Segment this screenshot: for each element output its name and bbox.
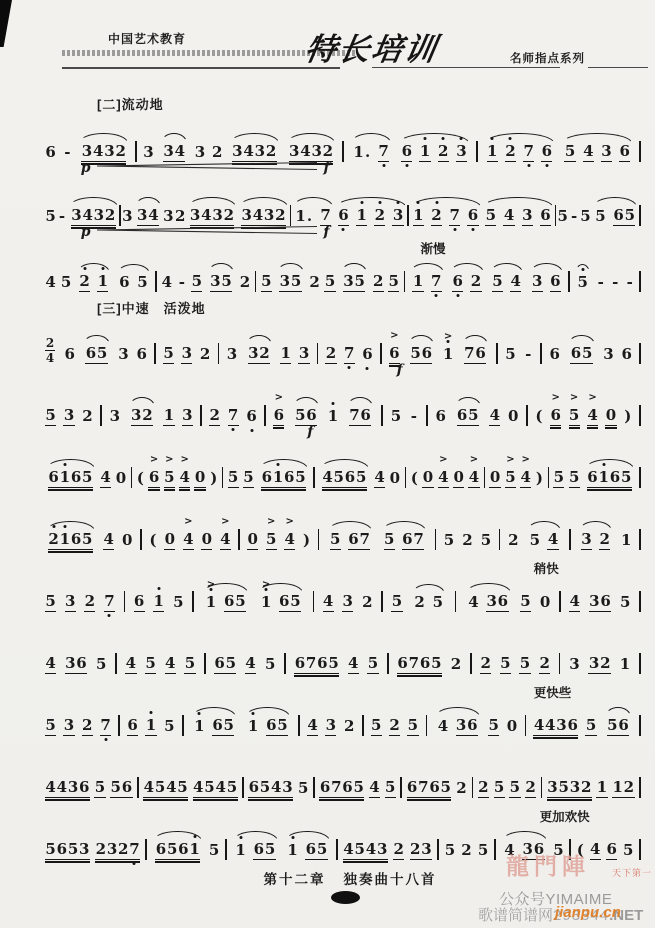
note-char: 1 — [599, 468, 609, 486]
note-char: 5 — [620, 593, 630, 611]
note-token: 4436 — [45, 778, 90, 798]
barline — [426, 405, 428, 426]
music-score: [二]流动地6-343233432343234321.7612312765436… — [45, 88, 641, 860]
note-char: 1 — [621, 531, 631, 549]
note-char: 5 — [221, 272, 231, 290]
note-char: 0 — [453, 468, 463, 486]
note-char: 5 — [334, 468, 344, 486]
barline — [568, 271, 570, 292]
note-token: 2 — [200, 345, 211, 364]
note-token: 2 — [539, 654, 550, 674]
slur-group: 32 — [128, 406, 156, 426]
note-char: 5 — [224, 716, 234, 734]
music-line-block: 渐慢4521654-5352535253525176254365--- — [45, 256, 641, 292]
note-char: 4 — [438, 717, 448, 735]
note-token: 3 — [63, 716, 74, 736]
note-char: 4 — [82, 206, 92, 224]
note-char: 7 — [100, 716, 110, 734]
note-char: 6 — [362, 345, 372, 363]
watermark-overlap: 293344jianpu.cn — [553, 907, 609, 924]
note-token: 67 — [402, 530, 424, 550]
barline — [284, 653, 286, 674]
note-char: 3 — [556, 716, 566, 734]
note-char: 3 — [71, 206, 81, 224]
note-char: 5 — [554, 468, 564, 486]
note-token: 6 — [467, 206, 478, 226]
note-token: ( — [136, 469, 144, 488]
note-char: 3 — [131, 406, 141, 424]
note-token: 2 — [505, 142, 516, 162]
note-char: 6 — [262, 468, 272, 486]
slur-group: 6165 — [45, 468, 96, 488]
note-token: 65 — [570, 344, 592, 364]
note-char: 6 — [178, 840, 188, 858]
note-token: 7 — [344, 344, 355, 364]
note-char: 0 — [390, 469, 400, 487]
accent-mark: > — [181, 455, 189, 465]
note-char: 3 — [163, 142, 173, 160]
note-char: 4 — [469, 468, 479, 486]
note-char: 5 — [478, 841, 488, 859]
note-token: 2 — [456, 779, 467, 798]
note-token: 2 — [84, 592, 95, 612]
note-char: 2 — [431, 206, 441, 224]
note-char: 5 — [530, 531, 540, 549]
note-char: 6 — [266, 716, 276, 734]
slur-group: 165 — [232, 840, 279, 860]
note-token: ( — [535, 407, 543, 426]
note-char: 5 — [145, 654, 155, 672]
note-token: 3 — [603, 345, 614, 364]
slur-group: 54 — [526, 530, 561, 550]
music-line-block: 稍快5327615>165>165432525436504365 — [45, 576, 641, 612]
note-char: 5 — [580, 207, 590, 225]
note-token: 5 — [367, 654, 378, 674]
note-char: 1 — [597, 778, 607, 796]
slur-group: 21 — [76, 272, 111, 292]
note-token: 5 — [477, 841, 488, 860]
note-char: 0 — [122, 531, 132, 549]
barline — [155, 271, 157, 292]
note-char: 3 — [65, 592, 75, 610]
note-char: 3 — [289, 142, 299, 160]
accent-mark: > — [184, 517, 192, 527]
note-char: 4 — [215, 778, 225, 796]
note-char: 1 — [413, 272, 423, 290]
note-char: 6 — [224, 592, 234, 610]
barline — [225, 839, 227, 860]
note-char: 4 — [104, 530, 114, 548]
note-token: 7 — [100, 716, 111, 736]
duration-dash: - — [569, 207, 579, 226]
note-token: 1 — [145, 716, 156, 736]
note-token: 5 — [492, 272, 503, 292]
note-char: 7 — [306, 654, 316, 672]
note-token: 4 — [348, 654, 359, 674]
note-char: 6 — [320, 778, 330, 796]
note-char: 5 — [226, 654, 236, 672]
watermark-orange-domain: jianpu.cn — [555, 904, 621, 921]
duration-dash: - — [57, 207, 67, 226]
duration-dash: - — [409, 407, 419, 426]
note-token: 5 — [443, 531, 454, 550]
accent-mark: > — [275, 393, 283, 403]
note-char: 5 — [228, 468, 238, 486]
note-token: 32 — [248, 344, 270, 364]
note-char: 4 — [570, 592, 580, 610]
note-token: 5 — [485, 206, 496, 226]
note-token: 1 — [619, 655, 630, 674]
note-token: 3432 — [190, 206, 235, 226]
note-char: 6 — [306, 840, 316, 858]
barline — [381, 405, 383, 426]
note-token: 2 — [79, 272, 90, 292]
note-char: 2 — [581, 778, 591, 796]
note-char: 3 — [122, 207, 132, 225]
note-char: 2 — [599, 530, 609, 548]
barline — [405, 467, 407, 488]
note-token: 5 — [184, 654, 195, 674]
barline — [559, 653, 561, 674]
note-char: 5 — [625, 206, 635, 224]
note-char: 6 — [587, 468, 597, 486]
note-char: 3 — [280, 272, 290, 290]
barline — [639, 205, 641, 226]
note-char: 5 — [505, 468, 515, 486]
note-char: 1 — [194, 717, 204, 735]
duration-dash: - — [62, 143, 72, 162]
note-token: 7 — [228, 406, 239, 426]
note-char: 6 — [149, 468, 159, 486]
note-char: 6 — [122, 778, 132, 796]
note-token: 5 — [330, 530, 341, 550]
barline — [118, 715, 120, 736]
note-char: 6 — [435, 407, 445, 425]
note-char: 6 — [613, 206, 623, 224]
note-char: 5 — [163, 344, 173, 362]
note-token: 6165 — [587, 468, 632, 488]
note-char: 4 — [162, 273, 172, 291]
note-char: 3 — [421, 840, 431, 858]
slur-group: 54 — [489, 272, 524, 292]
note-char: 1 — [443, 345, 453, 363]
note-char: 6 — [136, 345, 146, 363]
note-char: 1 — [98, 272, 108, 290]
note-char: 5 — [468, 406, 478, 424]
note-char: 7 — [228, 406, 238, 424]
note-char: 2 — [393, 840, 403, 858]
note-char: 2 — [462, 531, 472, 549]
note-token: >1 — [260, 593, 271, 612]
note-token: >4 — [183, 530, 194, 550]
series-subtitle: 名师指点系列 — [510, 50, 585, 66]
note-char: 7 — [431, 272, 441, 290]
note-token: ) — [624, 407, 632, 426]
note-char: 6 — [156, 840, 166, 858]
note-char: 4 — [348, 654, 358, 672]
note-char: 2 — [212, 143, 222, 161]
note-char: . — [307, 207, 313, 225]
note-token: 2 — [374, 206, 385, 226]
note-char: 4 — [220, 530, 230, 548]
note-char: . — [365, 143, 371, 161]
slur-group: 65 — [454, 406, 482, 426]
slur-group: 4565 — [319, 468, 370, 488]
note-token: 5 — [623, 841, 634, 860]
note-char: 7 — [523, 142, 533, 160]
note-token: 6 — [338, 206, 349, 226]
accent-mark: > — [470, 455, 478, 465]
barline — [264, 405, 266, 426]
note-char: ( — [149, 531, 156, 549]
slur-group: 35 — [207, 272, 235, 292]
note-char: 5 — [185, 654, 195, 672]
music-line: 6-343233432343234321.7612312765436 — [45, 141, 641, 162]
note-char: 3 — [326, 716, 336, 734]
note-char: 3 — [64, 716, 74, 734]
note-char: 3 — [163, 207, 173, 225]
note-char: 5 — [488, 716, 498, 734]
note-char: 3 — [343, 592, 353, 610]
slur-group: 165 — [244, 716, 291, 736]
note-char: 5 — [621, 468, 631, 486]
note-token: 6 — [401, 142, 412, 162]
note-token: 5 — [265, 655, 276, 674]
note-token: 5 — [620, 593, 631, 612]
note-char: 1 — [60, 468, 70, 486]
barline — [494, 839, 496, 860]
note-char: 5 — [371, 716, 381, 734]
note-char: 6 — [338, 206, 348, 224]
note-token: 2 — [431, 206, 442, 226]
barline — [476, 141, 478, 162]
slur-group: 35 — [340, 272, 368, 292]
note-char: 6 — [214, 654, 224, 672]
note-char: 5 — [328, 654, 338, 672]
watermark-site-line: 歌谱简谱网293344jianpu.cn.NET — [478, 904, 643, 925]
note-token: 6 — [621, 345, 632, 364]
header-rule-segment — [62, 67, 340, 69]
note-char: 7 — [378, 142, 388, 160]
note-token: 7 — [523, 142, 534, 162]
barline — [145, 839, 147, 860]
note-token: 6765 — [407, 778, 452, 798]
note-token: 2 — [389, 716, 400, 736]
note-token: 5 — [45, 716, 56, 736]
note-token: 5 — [298, 779, 309, 798]
note-char: 2 — [480, 654, 490, 672]
note-token: >5 — [266, 530, 277, 550]
note-char: 6 — [429, 778, 439, 796]
note-token: 2 — [414, 593, 425, 612]
note-char: 1 — [612, 778, 622, 796]
note-char: 4 — [271, 778, 281, 796]
note-char: 1 — [235, 841, 245, 859]
note-char: 3 — [182, 406, 192, 424]
note-token: 0 — [389, 469, 400, 488]
note-char: 5 — [505, 345, 515, 363]
note-token: 32 — [131, 406, 153, 426]
note-char: 6 — [57, 840, 67, 858]
note-char: 3 — [522, 206, 532, 224]
note-token: 5 — [228, 468, 239, 488]
note-char: ) — [624, 407, 631, 425]
note-char: 6 — [306, 406, 316, 424]
note-token: 6561 — [155, 840, 200, 860]
music-line-block: 5-343233432343234321.76123127654365-5565… — [45, 190, 641, 226]
note-char: 6 — [540, 206, 550, 224]
note-token: >6 — [148, 468, 159, 488]
note-char: 3 — [282, 778, 292, 796]
note-token: 1 — [163, 406, 174, 426]
header-rule-segment — [588, 67, 648, 68]
note-char: 5 — [520, 654, 530, 672]
duration-dash: - — [523, 345, 533, 364]
note-char: 1 — [328, 407, 338, 425]
note-token: 36 — [65, 654, 87, 674]
note-char: 4 — [534, 716, 544, 734]
music-line: 216540(0>40>40>5>4)567567525254321 — [45, 529, 641, 550]
note-token: 5 — [371, 716, 382, 736]
slur-group: 76 — [346, 406, 374, 426]
note-token: 3432 — [232, 142, 277, 162]
note-char: 5 — [192, 272, 202, 290]
note-token: 2165 — [48, 530, 93, 550]
note-token: 7 — [104, 592, 115, 612]
note-token: 65 — [85, 344, 107, 364]
note-char: 5 — [295, 468, 305, 486]
note-token: 3 — [226, 345, 237, 364]
barline — [400, 777, 402, 798]
note-char: 3 — [79, 840, 89, 858]
note-char: 3 — [264, 206, 274, 224]
note-token: 4 — [489, 406, 500, 426]
note-token: >4 — [438, 468, 449, 488]
footer-caption: 第十二章独奏曲十八首 — [185, 868, 515, 888]
note-token: 0 — [453, 468, 464, 488]
note-token: 7 — [449, 206, 460, 226]
note-token: >6 — [389, 344, 400, 364]
note-char: 4 — [180, 468, 190, 486]
note-char: 6 — [274, 406, 284, 424]
note-token: 2327 — [95, 840, 140, 860]
accent-mark: > — [150, 455, 158, 465]
note-char: 5 — [578, 273, 588, 291]
note-char: 6 — [254, 840, 264, 858]
note-char: 5 — [392, 592, 402, 610]
note-char: 7 — [413, 530, 423, 548]
note-char: 2 — [375, 206, 385, 224]
note-token: 2 — [239, 273, 250, 292]
note-token: 2 — [309, 273, 320, 292]
note-token: >1 — [443, 345, 454, 364]
note-char: 3 — [547, 778, 557, 796]
note-char: 1 — [413, 206, 423, 224]
note-token: 6 — [64, 345, 75, 364]
note-char: 5 — [481, 531, 491, 549]
duration-dash: - — [177, 273, 187, 292]
note-char: 5 — [557, 207, 567, 225]
note-char: 5 — [290, 592, 300, 610]
watermark-site-name: 歌谱简谱网 — [478, 907, 553, 924]
note-char: 5 — [260, 778, 270, 796]
slur-group: 6123 — [335, 206, 407, 226]
note-char: 5 — [559, 778, 569, 796]
note-token: 36 — [589, 592, 611, 612]
note-char: 2 — [259, 344, 269, 362]
note-char: 6 — [610, 468, 620, 486]
note-token: 0 — [201, 530, 212, 550]
barline — [404, 271, 406, 292]
note-token: 2 — [470, 272, 481, 292]
note-char: 5 — [391, 407, 401, 425]
note-token: 1 — [413, 206, 424, 226]
note-token: 0 — [115, 469, 126, 488]
note-char: 2 — [79, 272, 89, 290]
note-char: 4 — [253, 206, 263, 224]
note-token: 0 — [540, 593, 551, 612]
note-token: 2 — [480, 654, 491, 674]
note-token: 2 — [478, 778, 489, 798]
slur-group: 32 — [578, 530, 613, 550]
slur-group: 436 — [434, 716, 481, 736]
note-token: 5 — [173, 593, 184, 612]
note-char: ( — [535, 407, 542, 425]
tempo-marking: 更加欢快 — [540, 807, 590, 825]
note-char: 6 — [76, 654, 86, 672]
note-char: 3 — [143, 143, 153, 161]
note-char: 6 — [71, 468, 81, 486]
crescendo-hairpin — [95, 160, 320, 176]
note-char: 6 — [600, 592, 610, 610]
duration-dash: - — [596, 273, 606, 292]
note-token: ) — [535, 469, 543, 488]
note-char: 2 — [224, 206, 234, 224]
slur-group: 165 — [191, 716, 238, 736]
note-token: 3432 — [81, 142, 126, 162]
note-token: 1 — [247, 717, 258, 736]
note-token: 65 — [613, 206, 635, 226]
note-char: 5 — [298, 779, 308, 797]
note-char: 5 — [227, 778, 237, 796]
slur-group: 76 — [461, 344, 489, 364]
note-token: 6 — [127, 716, 138, 736]
note-char: 4 — [322, 468, 332, 486]
note-char: 5 — [500, 654, 510, 672]
note-token: 5 — [164, 717, 175, 736]
barline — [435, 529, 437, 550]
note-token: 2 — [599, 530, 610, 550]
barline — [455, 591, 457, 612]
note-token: 5 — [261, 272, 272, 292]
note-token: 5 — [553, 468, 564, 488]
note-char: 5 — [354, 778, 364, 796]
barline — [182, 715, 184, 736]
note-char: 6 — [422, 344, 432, 362]
slur-group: 65 — [82, 344, 110, 364]
note-char: 5 — [111, 778, 121, 796]
note-char: 7 — [409, 654, 419, 672]
note-token: 2 — [82, 716, 93, 736]
note-token: 6 — [606, 840, 617, 860]
note-token: 5 — [519, 654, 530, 674]
note-char: 3 — [190, 206, 200, 224]
note-char: 1 — [620, 655, 630, 673]
music-line: 4436556454545456543567654567652255235321… — [45, 777, 641, 798]
note-token: 5 — [391, 592, 402, 612]
note-char: 3 — [68, 778, 78, 796]
note-char: 3 — [486, 592, 496, 610]
